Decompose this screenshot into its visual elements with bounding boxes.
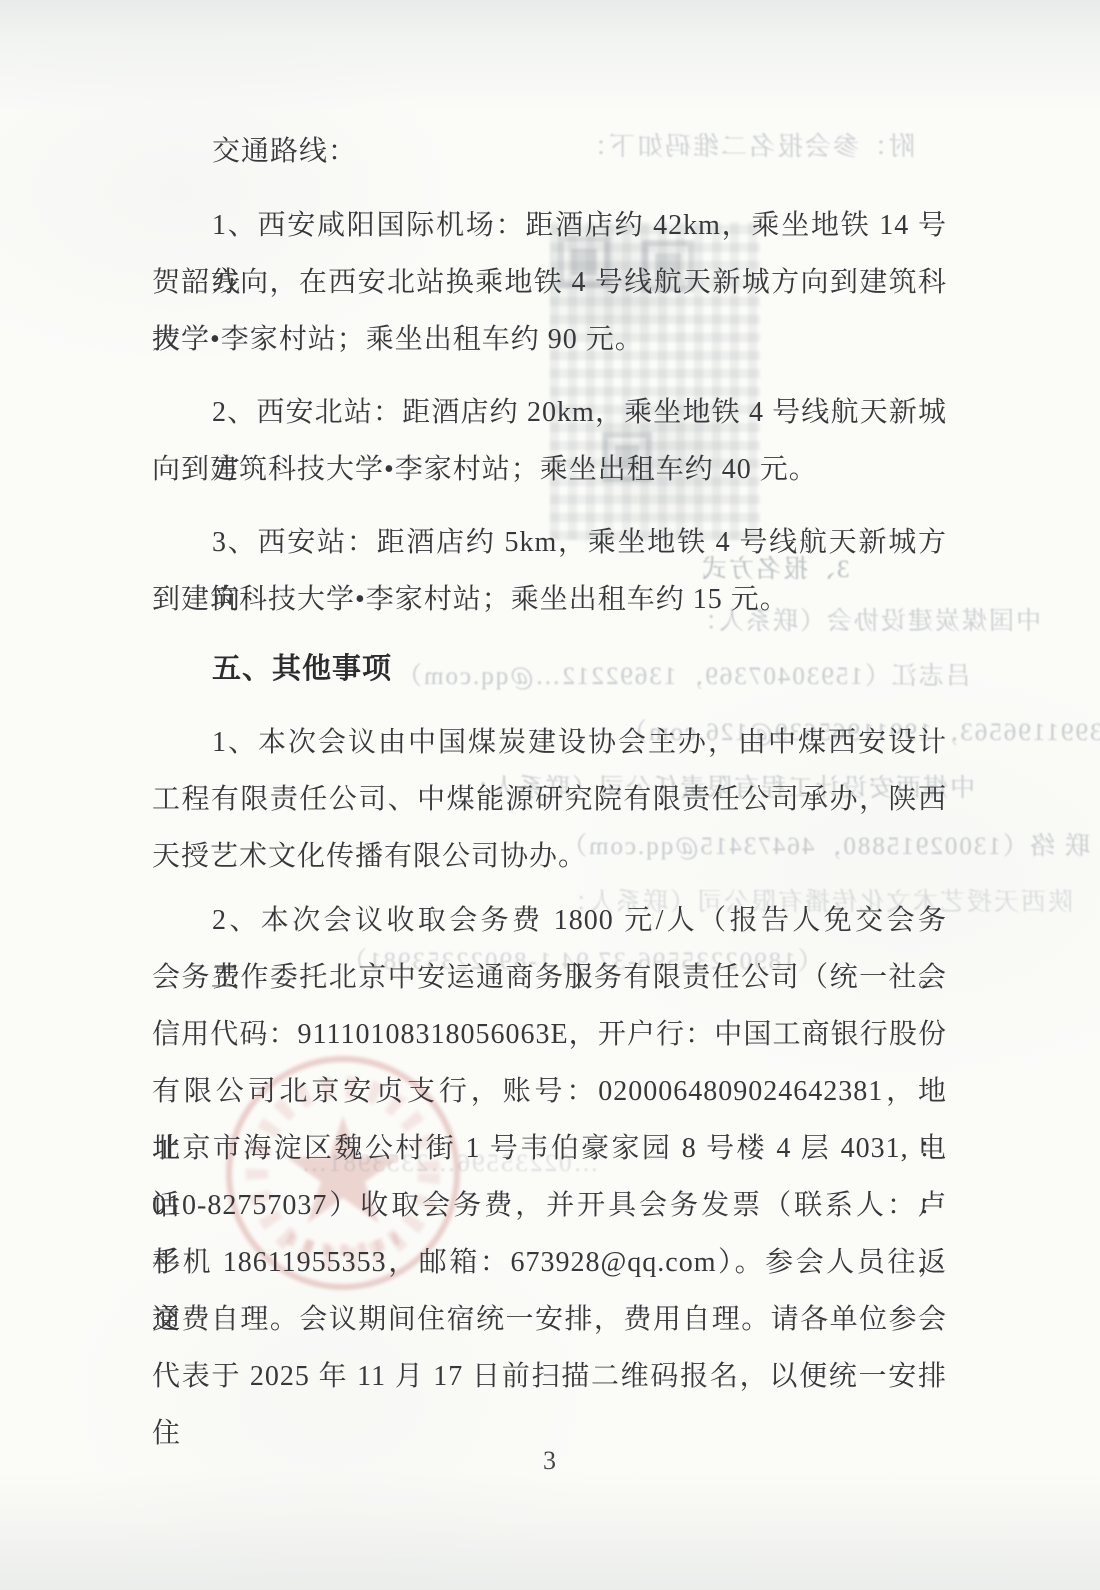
organizers-line-2: 工程有限责任公司、中煤能源研究院有限责任公司承办，陕西	[152, 771, 947, 828]
organizers-line-3: 天授艺术文化传播有限公司协办。	[152, 828, 947, 885]
fee-line-6: 010-82757037）收取会务费，并开具会务发票（联系人：卢杉，	[152, 1177, 947, 1234]
document-page: 附：参会报名二维码如下： 3、报名方式 中国煤炭建设协会（联系人： 吕志江（15…	[0, 0, 1100, 1590]
fee-line-2: 会务工作委托北京中安运通商务服务有限责任公司（统一社会	[152, 949, 947, 1006]
route-airport-line-2: 贺韶方向，在西安北站换乘地铁 4 号线航天新城方向到建筑科技	[152, 254, 947, 311]
paragraph-route-airport: 1、西安咸阳国际机场：距酒店约 42km，乘坐地铁 14 号线 贺韶方向，在西安…	[152, 197, 947, 368]
route-xian-line-1: 3、西安站：距酒店约 5km，乘坐地铁 4 号线航天新城方向	[152, 514, 947, 571]
transport-routes-label: 交通路线：	[152, 123, 947, 180]
route-xian-line-2: 到建筑科技大学•李家村站；乘坐出租车约 15 元。	[152, 571, 947, 628]
route-airport-line-1: 1、西安咸阳国际机场：距酒店约 42km，乘坐地铁 14 号线	[152, 197, 947, 254]
route-north-line-2: 向到建筑科技大学•李家村站；乘坐出租车约 40 元。	[152, 441, 947, 498]
organizers-line-1: 1、本次会议由中国煤炭建设协会主办，由中煤西安设计	[152, 714, 947, 771]
paragraph-registration-fee: 2、本次会议收取会务费 1800 元/人（报告人免交会务费）。 会务工作委托北京…	[152, 892, 947, 1405]
route-north-line-1: 2、西安北站：距酒店约 20km，乘坐地铁 4 号线航天新城方	[152, 384, 947, 441]
route-airport-line-3: 大学•李家村站；乘坐出租车约 90 元。	[152, 311, 947, 368]
page-number: 3	[152, 1441, 947, 1481]
scan-shading-bottom	[0, 1470, 1100, 1590]
paragraph-organizers: 1、本次会议由中国煤炭建设协会主办，由中煤西安设计 工程有限责任公司、中煤能源研…	[152, 714, 947, 885]
section-heading-other-matters: 五、其他事项	[152, 641, 947, 698]
fee-line-8: 通费自理。会议期间住宿统一安排，费用自理。请各单位参会	[152, 1291, 947, 1348]
document-body: 交通路线： 1、西安咸阳国际机场：距酒店约 42km，乘坐地铁 14 号线 贺韶…	[152, 0, 947, 1481]
paragraph-route-north-station: 2、西安北站：距酒店约 20km，乘坐地铁 4 号线航天新城方 向到建筑科技大学…	[152, 384, 947, 498]
fee-line-9: 代表于 2025 年 11 月 17 日前扫描二维码报名，以便统一安排住	[152, 1348, 947, 1405]
fee-line-7: 手机 18611955353，邮箱：673928@qq.com）。参会人员往返交	[152, 1234, 947, 1291]
fee-line-1: 2、本次会议收取会务费 1800 元/人（报告人免交会务费）。	[152, 892, 947, 949]
paragraph-route-xian-station: 3、西安站：距酒店约 5km，乘坐地铁 4 号线航天新城方向 到建筑科技大学•李…	[152, 514, 947, 628]
fee-line-5: 北京市海淀区魏公村街 1 号韦伯豪家园 8 号楼 4 层 4031, 电话：	[152, 1120, 947, 1177]
fee-line-3: 信用代码：91110108318056063E，开户行：中国工商银行股份	[152, 1006, 947, 1063]
fee-line-4: 有限公司北京安贞支行，账号：0200064809024642381，地址：	[152, 1063, 947, 1120]
